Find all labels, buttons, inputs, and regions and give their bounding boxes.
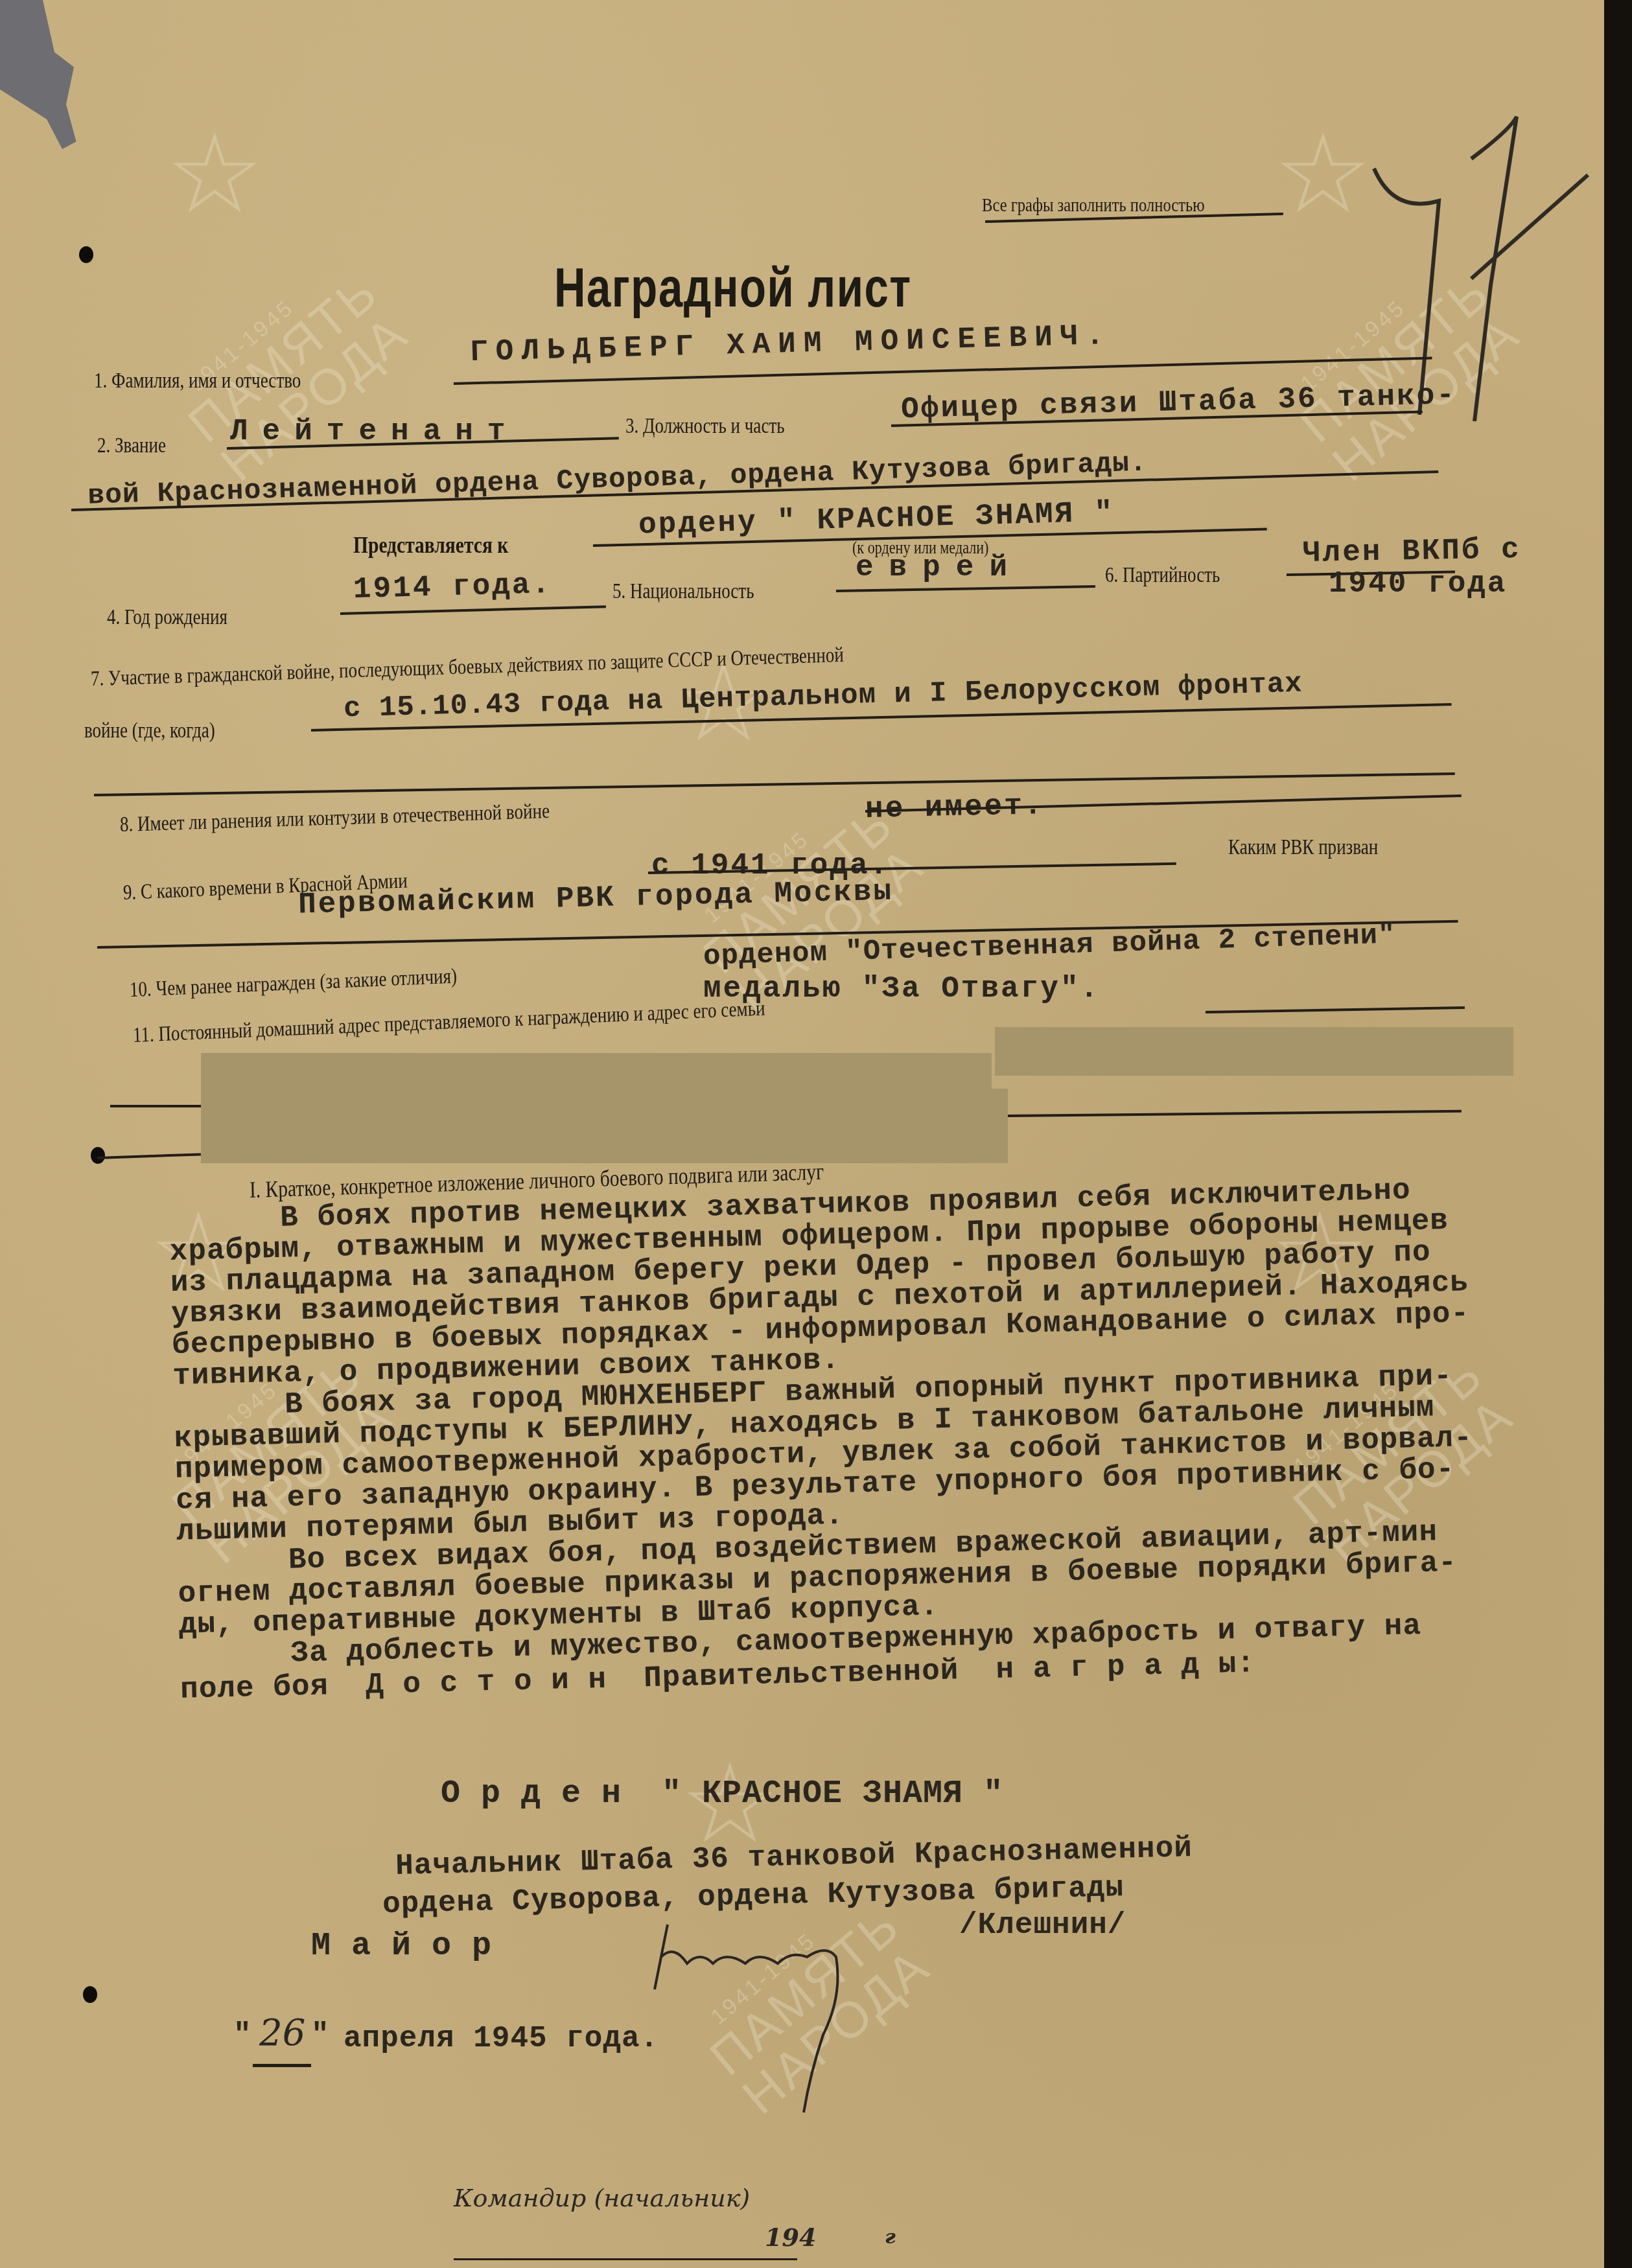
narrative-body: В боях против немецких захватчиков прояв…: [169, 1170, 1619, 1708]
field-label-home-address: 11. Постоянный домашний адрес представля…: [132, 997, 765, 1048]
signatory-name: /Клешнин/: [959, 1908, 1126, 1942]
punch-hole: [91, 1147, 105, 1164]
redacted-block: [995, 1027, 1513, 1076]
date-quote-open: ": [233, 2019, 252, 2052]
watermark-star-icon: ☆: [165, 120, 264, 230]
underline: [340, 605, 606, 615]
punch-hole: [83, 1986, 97, 2003]
field-label-wounds: 8. Имеет ли ранения или контузии в отече…: [120, 800, 550, 837]
instruction-text: Все графы заполнить полностью: [982, 194, 1205, 216]
punch-hole: [79, 246, 93, 263]
field-label-prior-awards: 10. Чем ранее награжден (за какие отличи…: [129, 965, 457, 1002]
field-value-name: ГОЛЬДБЕРГ ХАИМ МОИСЕЕВИЧ.: [469, 319, 1112, 369]
torn-corner: [0, 0, 78, 149]
underline: [1206, 1006, 1465, 1013]
footer-year-suffix: г: [885, 2226, 896, 2249]
footer-commander-label: Командир (начальник): [454, 2184, 750, 2212]
redacted-block: [201, 1089, 1008, 1163]
date-day-handwritten: 26: [259, 2012, 305, 2054]
field-label-party: 6. Партийность: [1105, 564, 1220, 588]
handwritten-signature: [648, 1918, 933, 2125]
field-label-position: 3. Должность и часть: [625, 415, 785, 439]
field-value-party-line2: 1940 года: [1329, 567, 1507, 601]
field-label-war-participation-line2: войне (где, когда): [84, 719, 215, 743]
page-title: Наградной лист: [554, 256, 912, 320]
field-label-rank: 2. Звание: [97, 434, 166, 458]
field-label-birth-year: 4. Год рождения: [107, 606, 227, 630]
field-value-party-line1: Член ВКПб с: [1303, 533, 1522, 570]
field-label-name: 1. Фамилия, имя и отчество: [94, 369, 301, 393]
underline: [97, 1153, 201, 1159]
field-label-rvk: Каким РВК призван: [1228, 836, 1378, 860]
underline: [94, 772, 1455, 796]
date-quote-close: ": [311, 2019, 330, 2052]
award-line: О р д е н " КРАСНОЕ ЗНАМЯ ": [441, 1776, 1003, 1812]
field-value-birth-year: 1914 года.: [353, 568, 552, 607]
date-rest: апреля 1945 года.: [344, 2022, 659, 2055]
underline: [454, 2258, 797, 2260]
document-page: ☆ 1941-1945 ПАМЯТЬ НАРОДА ☆ 1941-1945 ПА…: [0, 0, 1604, 2268]
scan-edge: [1604, 0, 1632, 2268]
nominated-label: Представляется к: [353, 531, 508, 559]
footer-year-prefix: 194: [765, 2223, 816, 2252]
underline: [110, 1105, 201, 1107]
field-value-nationality: еврей: [856, 551, 1023, 584]
signatory-rank: М а й о р: [311, 1928, 492, 1965]
underline: [253, 2064, 311, 2067]
underline: [1008, 1110, 1462, 1117]
underline: [836, 585, 1095, 592]
field-label-nationality: 5. Национальность: [612, 580, 754, 604]
